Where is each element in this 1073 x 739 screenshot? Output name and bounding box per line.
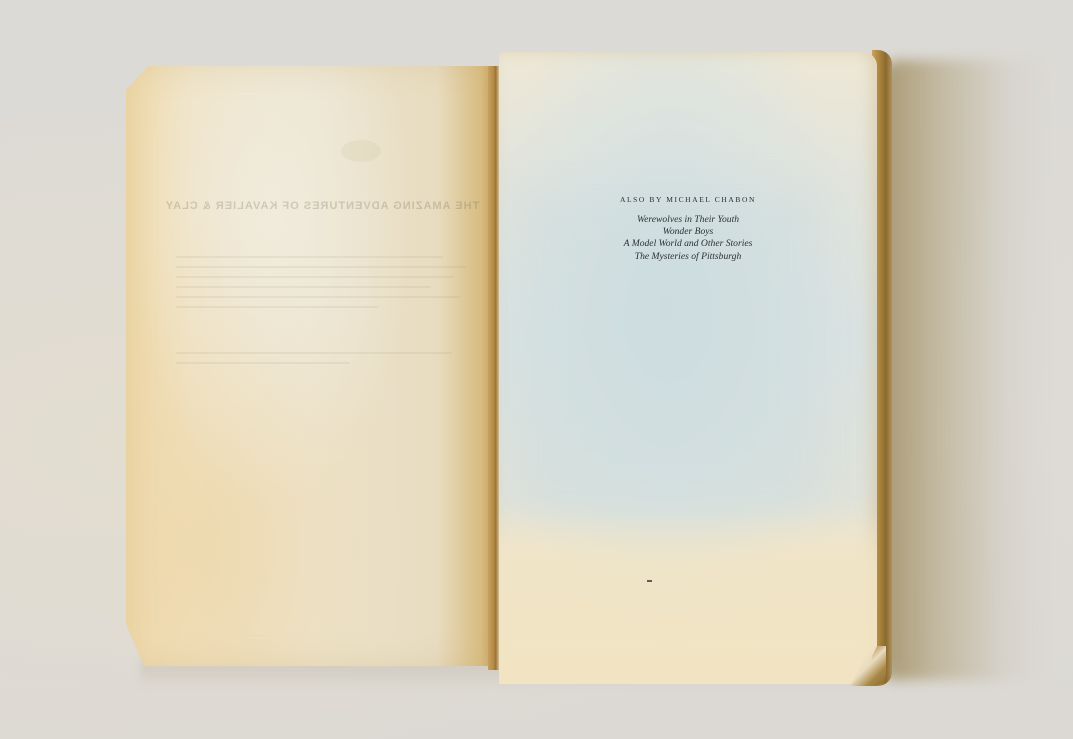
bleed-line <box>176 266 466 268</box>
bleed-line <box>176 352 452 354</box>
left-page: THE AMAZING ADVENTURES OF KAVALIER & CLA… <box>126 66 492 666</box>
bleed-through-ornament <box>341 140 381 162</box>
bleed-line <box>176 276 454 278</box>
book-shadow <box>880 60 1050 680</box>
bleed-line <box>176 286 431 288</box>
bleed-through-text-lines <box>176 256 466 372</box>
page-warm-band <box>499 512 877 684</box>
bleed-line <box>176 296 460 298</box>
photo-scene: THE AMAZING ADVENTURES OF KAVALIER & CLA… <box>0 0 1073 739</box>
book-title: Wonder Boys <box>499 226 877 238</box>
bleed-through-title: THE AMAZING ADVENTURES OF KAVALIER & CLA… <box>162 200 482 212</box>
bleed-line <box>176 362 350 364</box>
book-title: Werewolves in Their Youth <box>499 214 877 226</box>
book-title: A Model World and Other Stories <box>499 238 877 250</box>
bleed-line <box>176 306 379 308</box>
dust-speck <box>647 580 652 582</box>
book-list: Werewolves in Their Youth Wonder Boys A … <box>499 214 877 263</box>
right-page: ALSO BY MICHAEL CHABON Werewolves in The… <box>499 52 877 684</box>
also-by-heading: ALSO BY MICHAEL CHABON <box>499 195 877 204</box>
bleed-line <box>176 256 443 258</box>
also-by-section: ALSO BY MICHAEL CHABON Werewolves in The… <box>499 195 877 263</box>
book-title: The Mysteries of Pittsburgh <box>499 251 877 263</box>
